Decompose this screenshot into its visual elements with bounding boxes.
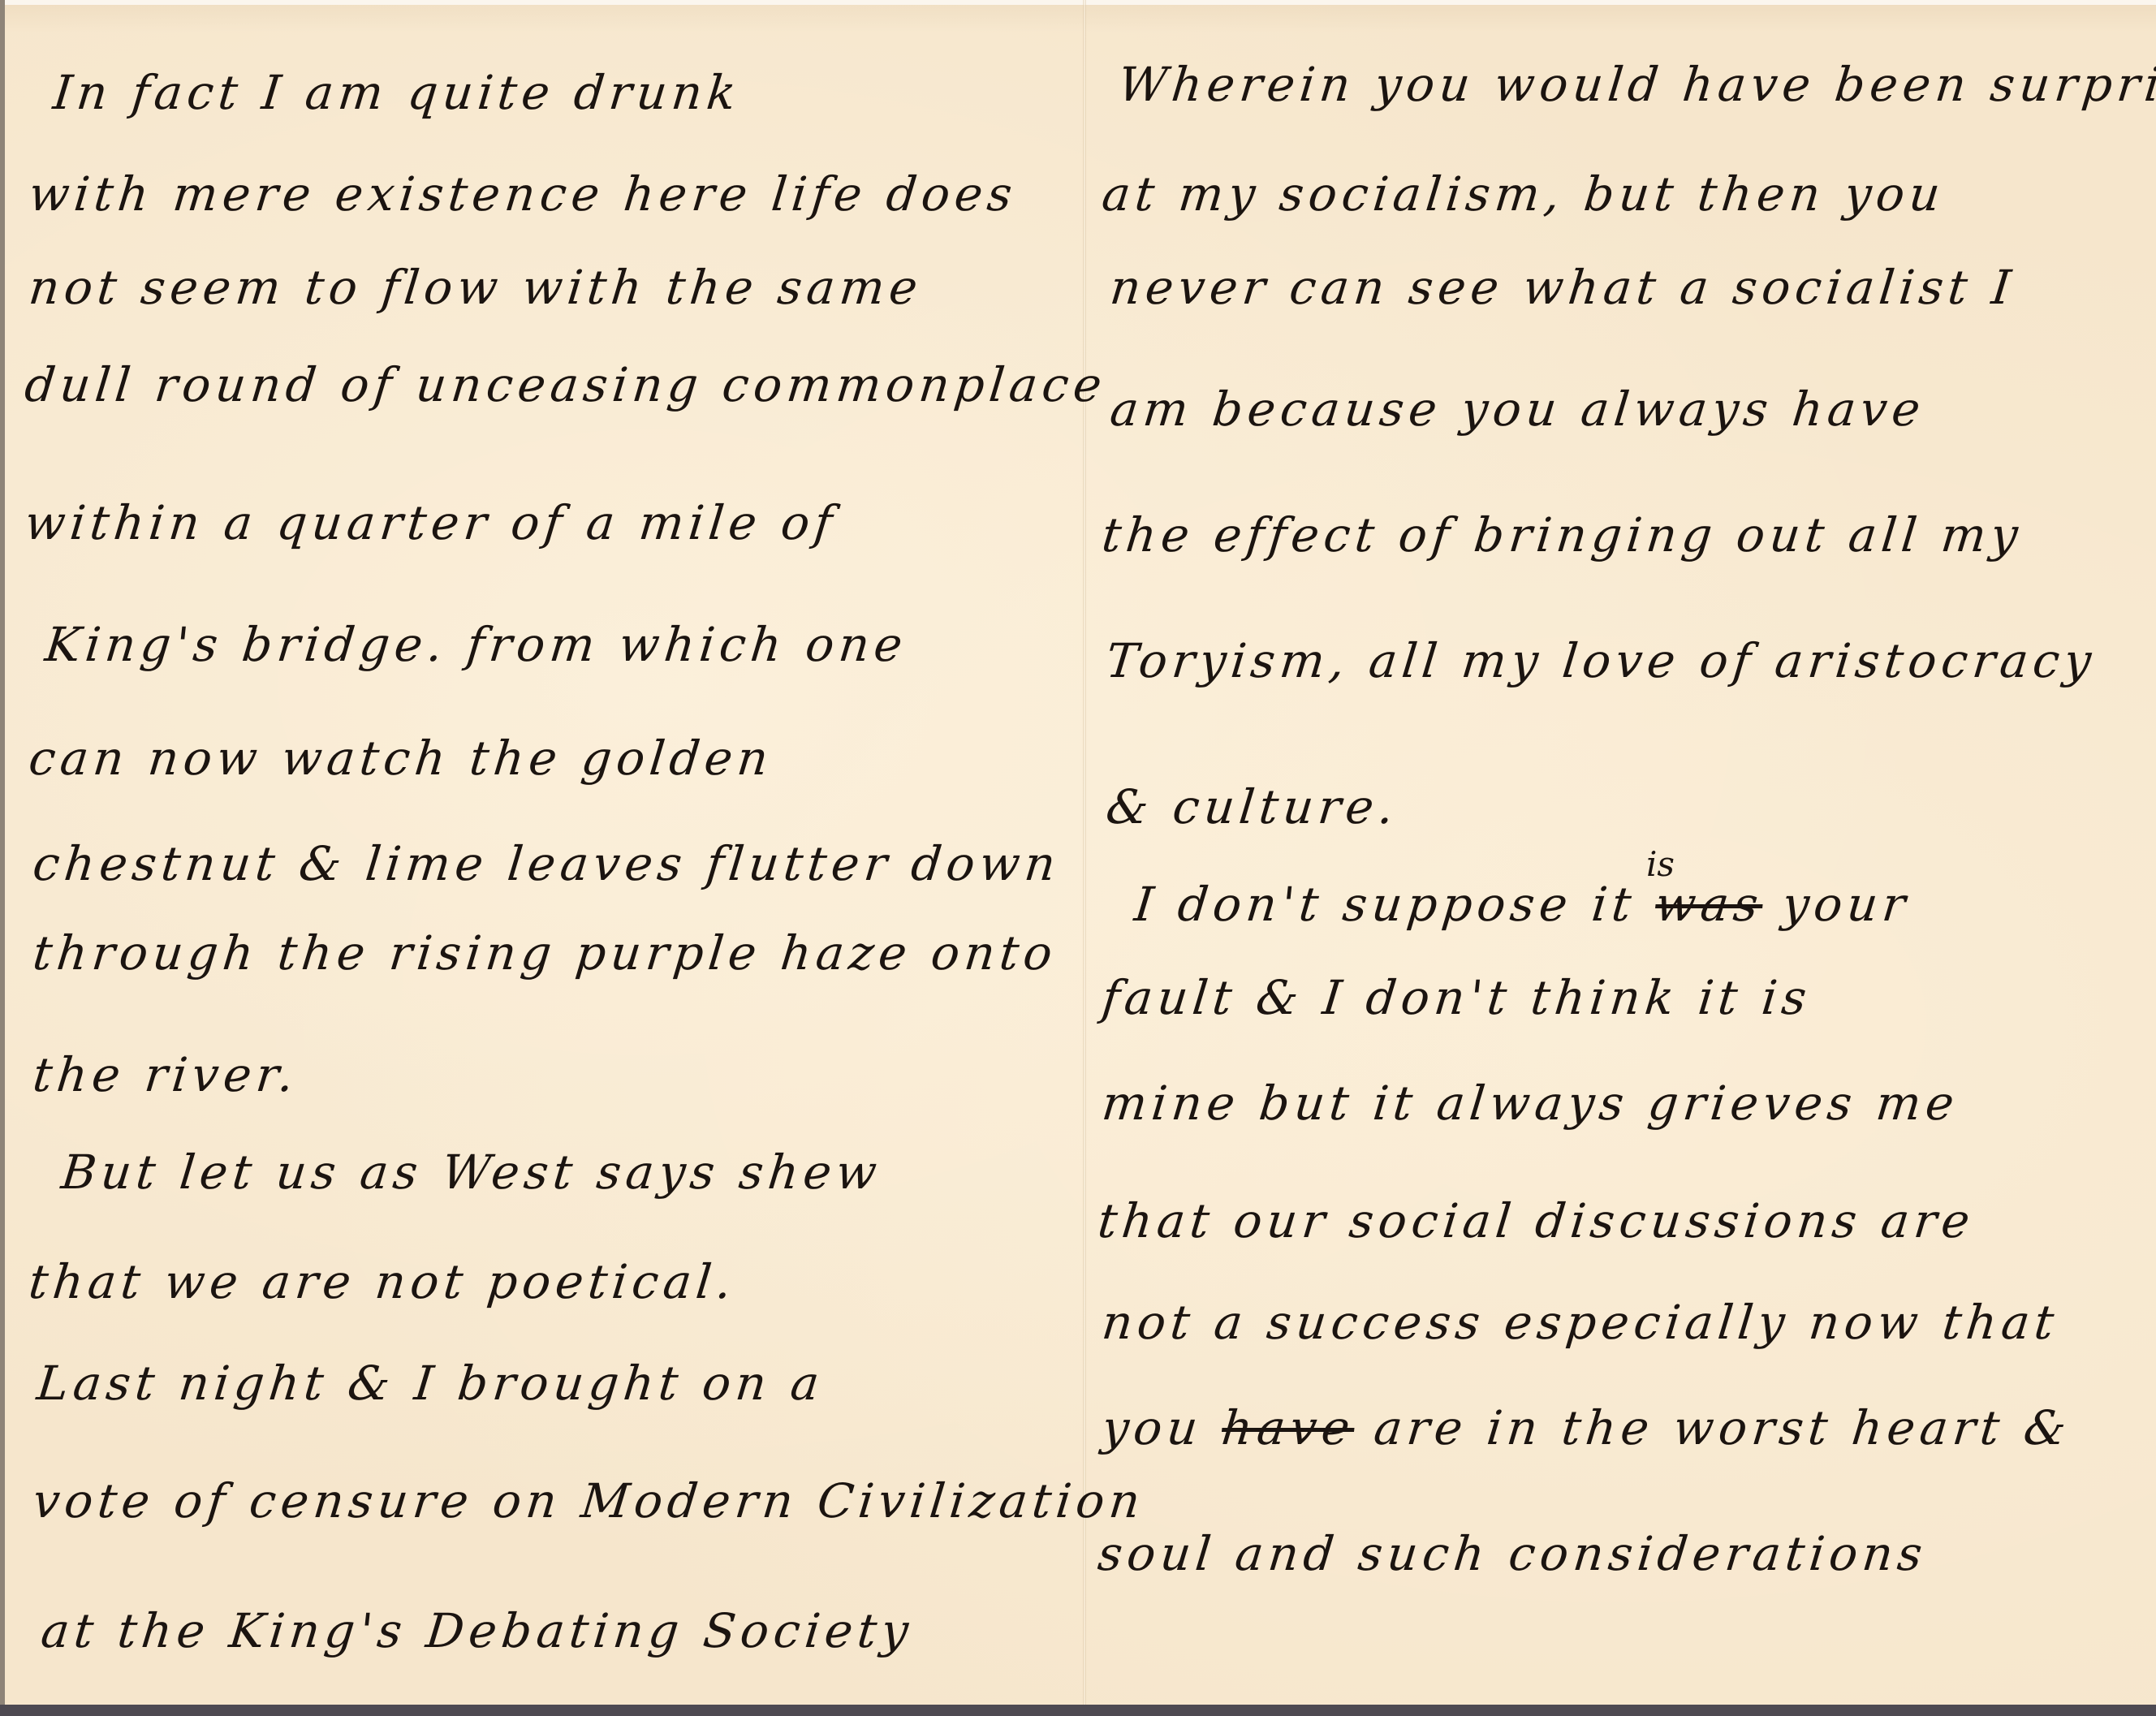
handwritten-line: with mere existence here life does bbox=[26, 166, 1019, 222]
handwritten-line: Last night & I brought on a bbox=[34, 1356, 826, 1411]
handwritten-line: soul and such considerations bbox=[1095, 1526, 1930, 1581]
handwritten-line: Wherein you would have been surprised bbox=[1115, 57, 2156, 112]
left-page: In fact I am quite drunk with mere exist… bbox=[5, 0, 1083, 1705]
handwritten-line: vote of censure on Modern Civilization bbox=[30, 1473, 1147, 1528]
line-text: are in the worst heart & bbox=[1371, 1400, 2073, 1455]
handwritten-line: Toryism, all my love of aristocracy bbox=[1103, 633, 2098, 688]
handwritten-line: In fact I am quite drunk bbox=[50, 65, 743, 120]
handwritten-line: I don't suppose it was your bbox=[1132, 877, 1912, 932]
handwritten-line: never can see what a socialist I bbox=[1107, 260, 2018, 315]
handwritten-line: fault & I don't think it is bbox=[1099, 970, 1813, 1025]
paper-bottom-edge bbox=[0, 1705, 2156, 1716]
handwritten-line: mine but it always grieves me bbox=[1099, 1076, 1961, 1131]
handwritten-line: But let us as West says shew bbox=[58, 1145, 884, 1200]
handwritten-line: not a success especially now that bbox=[1099, 1295, 2061, 1350]
handwritten-line: within a quarter of a mile of bbox=[22, 495, 839, 550]
handwritten-line: am because you always have bbox=[1107, 382, 1927, 437]
handwritten-line: at the King's Debating Society bbox=[38, 1603, 916, 1658]
line-text: you bbox=[1099, 1400, 1205, 1455]
line-text: your bbox=[1779, 877, 1912, 932]
handwritten-line: can now watch the golden bbox=[26, 731, 775, 786]
handwritten-line: not seem to flow with the same bbox=[26, 260, 925, 315]
handwritten-line: dull round of unceasing commonplace bbox=[22, 357, 1109, 412]
struck-word: have bbox=[1219, 1400, 1357, 1455]
handwritten-line: that we are not poetical. bbox=[26, 1254, 739, 1309]
handwritten-line: you have are in the worst heart & bbox=[1099, 1400, 2073, 1455]
struck-word: was bbox=[1653, 877, 1766, 932]
handwritten-line: King's bridge. from which one bbox=[42, 617, 909, 672]
handwritten-line: that our social discussions are bbox=[1095, 1193, 1977, 1248]
handwritten-line: the river. bbox=[30, 1047, 301, 1102]
letter-paper: In fact I am quite drunk with mere exist… bbox=[0, 0, 2156, 1705]
handwritten-line: chestnut & lime leaves flutter down bbox=[30, 836, 1063, 891]
handwritten-line: & culture. bbox=[1103, 779, 1401, 834]
handwritten-line: through the rising purple haze onto bbox=[30, 925, 1059, 981]
right-page: Wherein you would have been surprised at… bbox=[1086, 0, 2156, 1705]
line-text: I don't suppose it bbox=[1132, 877, 1638, 932]
handwritten-line: at my socialism, but then you bbox=[1099, 166, 1947, 222]
handwritten-line: the effect of bringing out all my bbox=[1099, 507, 2024, 563]
inserted-word: is bbox=[1646, 844, 1675, 884]
